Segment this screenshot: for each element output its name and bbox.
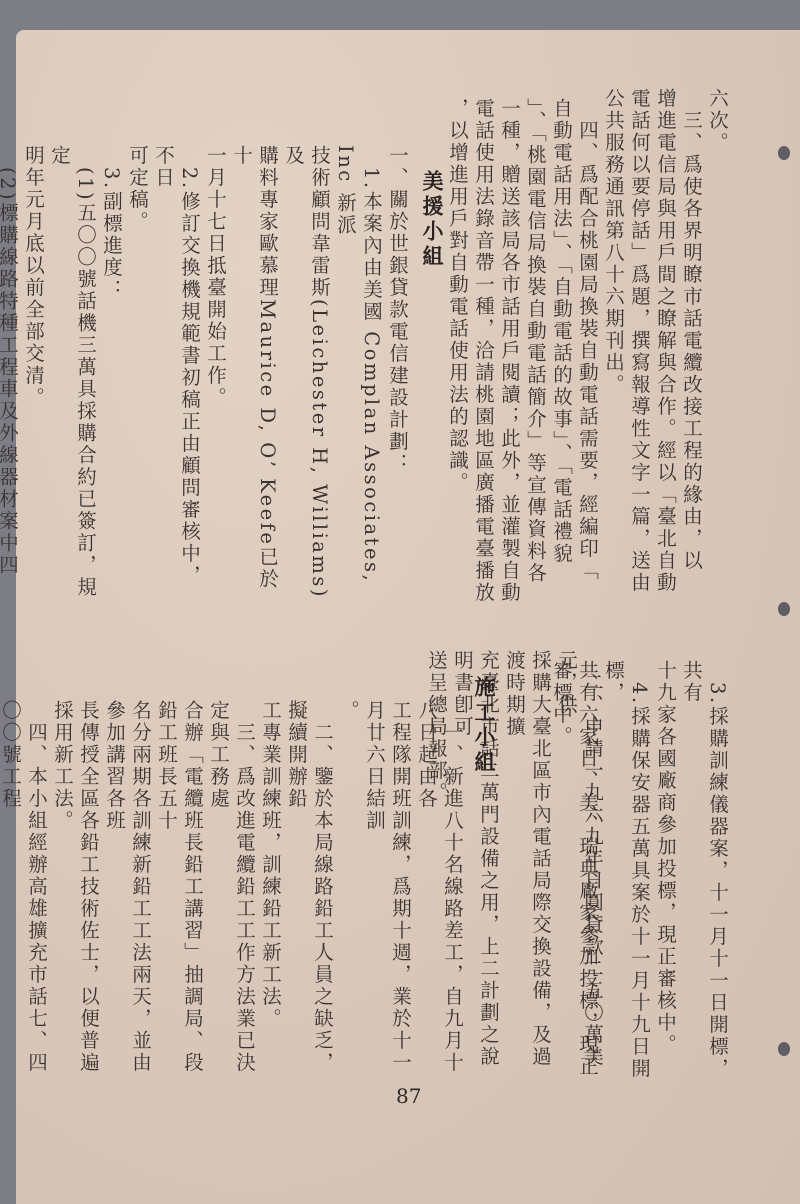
text-line: 二、鑒於本局線路鉛工人員之缺乏，擬續開辦鉛 [283, 700, 335, 1080]
text-line: 3.採購訓練儀器案，十一月十一日開標，共有 [678, 660, 730, 1080]
page-number: 87 [396, 1084, 421, 1108]
text-line: 明年元月底以前全部交清。 [20, 145, 46, 605]
text-line: 自動電話用法」、「自動電話的故事」、「電話禮貌 [548, 98, 574, 608]
top-column-group-3: 一、關於世銀貸款電信建設計劃： 1.本案內由美國 Complan Associa… [0, 145, 410, 605]
section-heading-construction: 施工小組 [471, 676, 497, 776]
text-line: ，以增進用戶對自動電話使用法的認識。 [444, 98, 470, 608]
top-column-group-1: 六次。 三、爲使各界明瞭市話電纜改接工程的緣由，以 增進電信局與用戶間之瞭解與合… [600, 88, 730, 608]
text-line: 十九家各國廠商參加投標，現正審核中。 [652, 660, 678, 1080]
text-line: 技術顧問韋雷斯(Leichester H, Williams)及 [280, 145, 332, 605]
top-column-group-2: 四、爲配合桃園局換裝自動電話需要，經編印「 自動電話用法」、「自動電話的故事」、… [444, 98, 600, 608]
text-line: (2)標購線路特種工程車及外線器材案中四項， [0, 145, 20, 605]
text-line: 工程隊開班訓練，爲期十週，業於十一月廿六日結訓 [361, 700, 413, 1080]
text-line: 名分兩期各訓練新鉛工工法兩天，並由參加講習各班 [101, 700, 153, 1080]
binding-hole [778, 146, 790, 160]
text-line: 購料專家歐慕理Maurice D, O’ Keefe已於十 [228, 145, 280, 605]
text-line: 三、爲使各界明瞭市話電纜改接工程的緣由，以 [678, 88, 704, 608]
binding-hole [778, 602, 790, 616]
text-line: 工專業訓練班，訓練鉛工新工法。 [257, 700, 283, 1080]
text-line: 一種，贈送該局各市話用戶閱讀；此外，並灌製自動 [496, 98, 522, 608]
text-line: 2.修訂交換機規範書初稿正由顧問審核中，不日 [150, 145, 202, 605]
bottom-column-group-3: 一、新進八十名線路差工，自九月十八日起由各 工程隊開班訓練，爲期十週，業於十一月… [0, 700, 465, 1080]
text-line: 1.本案內由美國 Complan Associates, Inc 新派 [332, 145, 384, 605]
text-line: 可定稿。 [124, 145, 150, 605]
text-line: 四、爲配合桃園局換裝自動電話需要，經編印「 [574, 98, 600, 608]
text-line: 。 [335, 700, 361, 1080]
text-line: 採購大臺北區市內電話局際交換設備，及過渡時期擴 [501, 650, 553, 1080]
text-line: 一、關於世銀貸款電信建設計劃： [384, 145, 410, 605]
text-line: 長傳授全區各鉛工技術佐士，以便普遍採用新工法。 [49, 700, 101, 1080]
binding-hole [778, 1042, 790, 1056]
text-line: 」、「桃園電信局換裝自動電話簡介」等宣傳資料各 [522, 98, 548, 608]
text-line: 電話何以要停話」爲題，撰寫報導性文字一篇，送由 [626, 88, 652, 608]
section-heading-us-aid: 美援小組 [419, 170, 445, 270]
text-line: 一、新進八十名線路差工，自九月十八日起由各 [413, 700, 465, 1080]
text-line: 六次。 [704, 88, 730, 608]
text-line: 三、爲改進電纜鉛工工作方法業已決定與工務處 [205, 700, 257, 1080]
text-line: 四、本小組經辦高雄擴充市話七、四〇〇號工程 [0, 700, 49, 1080]
text-line: 合辦「電纜班長鉛工講習」抽調局、段鉛工班長五十 [153, 700, 205, 1080]
text-line: 一月十七日抵臺開始工作。 [202, 145, 228, 605]
text-line: (1)五〇〇號話機三萬具採購合約已簽訂，規定 [46, 145, 98, 605]
text-line: 4.採購保安器五萬具案於十一月十九日開標， [600, 660, 652, 1080]
text-line: 公共服務通訊第八十六期刊出。 [600, 88, 626, 608]
text-line: 3.副標進度： [98, 145, 124, 605]
text-line: 二、申請一九六九年日圓貸款二五〇萬美元，供 [553, 650, 605, 1080]
text-line: 電話使用法錄音帶一種，洽請桃園地區廣播電臺播放 [470, 98, 496, 608]
text-line: 增進電信局與用戶間之瞭解與合作。經以「臺北自動 [652, 88, 678, 608]
